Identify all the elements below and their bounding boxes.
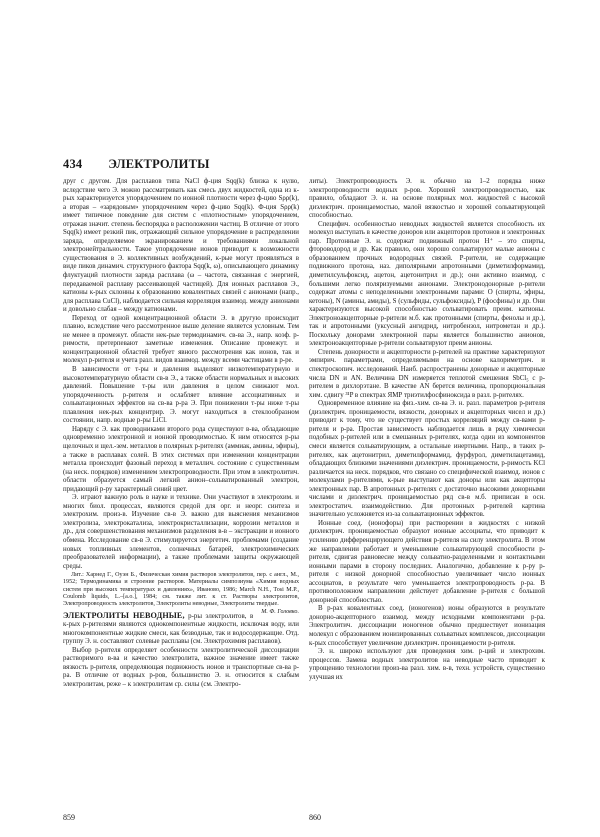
entry-title: ЭЛЕКТРОЛИТЫ НЕВОДНЫЕ, xyxy=(63,611,185,620)
literature-text: Лит.: Харнед Г., Оуэн Б., Физическая хим… xyxy=(63,572,299,607)
document-page: 434 ЭЛЕКТРОЛИТЫ друг с другом. Для распл… xyxy=(63,0,545,837)
paragraph: Э. играют важную роль в науке и технике.… xyxy=(63,494,299,571)
paragraph: Ионные соед. (ионофоры) при растворении … xyxy=(309,520,545,605)
paragraph: Степень донорности и акцепторности р-рит… xyxy=(309,349,545,400)
right-column: литы). Электропроводность Э. н. обычно н… xyxy=(309,178,545,682)
paragraph: Наряду с Э. как проводниками второго род… xyxy=(63,426,299,494)
paragraph: Одновременное влияние на физ.-хим. св-ва… xyxy=(309,400,545,520)
page-number: 434 xyxy=(63,157,105,172)
paragraph: Э. н. широко используют для проведения х… xyxy=(309,648,545,682)
paragraph: Специфич. особенностью неводных жидкосте… xyxy=(309,221,545,349)
column-number-left: 859 xyxy=(63,813,75,822)
paragraph: Переход от одной концентрационной област… xyxy=(63,315,299,366)
paragraph: литы). Электропроводность Э. н. обычно н… xyxy=(309,178,545,221)
paragraph: В р-рах ковалентных соед. (ионогенов) ио… xyxy=(309,605,545,648)
paragraph: друг с другом. Для расплавов типа NaCl ф… xyxy=(63,178,299,315)
literature-references: Лит.: Харнед Г., Оуэн Б., Физическая хим… xyxy=(63,572,299,608)
paragraph: В зависимости от т-ры и давления выделяю… xyxy=(63,366,299,426)
page-header: 434 ЭЛЕКТРОЛИТЫ xyxy=(63,157,210,172)
author-signature: М. Ф. Головко. xyxy=(253,609,299,616)
column-number-right: 860 xyxy=(309,813,321,822)
encyclopedia-entry: ЭЛЕКТРОЛИТЫ НЕВОДНЫЕ, р-ры электролитов,… xyxy=(63,612,299,647)
left-column: друг с другом. Для расплавов типа NaCl ф… xyxy=(63,178,299,690)
running-title: ЭЛЕКТРОЛИТЫ xyxy=(108,157,209,171)
paragraph: Выбор р-рителя определяет особенности эл… xyxy=(63,647,299,690)
